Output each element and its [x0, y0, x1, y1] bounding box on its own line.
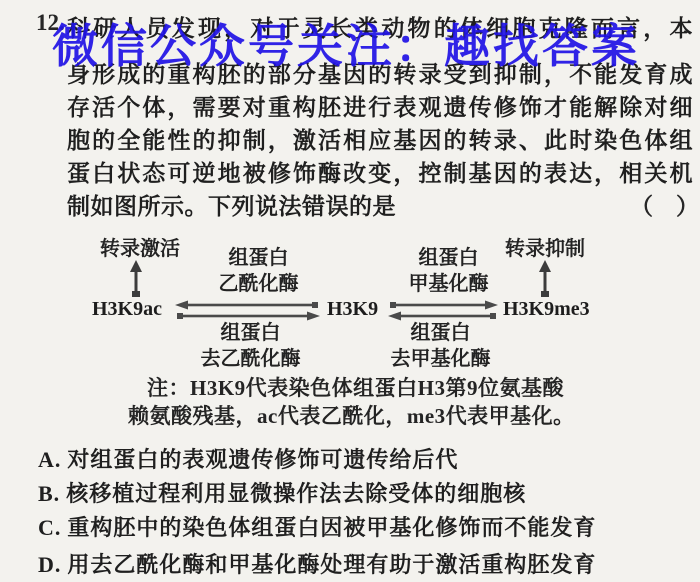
- option-c-label: C.: [38, 515, 61, 540]
- methylation-double-arrow-icon: [388, 300, 498, 322]
- acetylase-label-line1: 组蛋白: [196, 245, 321, 271]
- option-d-text: 用去乙酰化酶和甲基化酶处理有助于激活重构胚发育: [67, 552, 596, 577]
- demethylase-label-line1: 组蛋白: [378, 320, 503, 346]
- stem-line-3: 存活个体，需要对重构胚进行表观遗传修饰才能解除对细: [67, 89, 693, 122]
- deacetylase-label-line2: 去乙酰化酶: [188, 346, 313, 372]
- option-d: D.用去乙酰化酶和甲基化酶处理有助于激活重构胚发育: [38, 548, 596, 579]
- demethylase-label-line2: 去甲基化酶: [378, 346, 503, 372]
- transcription-repression-label: 转录抑制: [505, 236, 585, 262]
- option-c-text: 重构胚中的染色体组蛋白因被甲基化修饰而不能发育: [67, 515, 596, 540]
- node-h3k9ac: H3K9ac: [92, 298, 162, 321]
- methylase-label-line1: 组蛋白: [386, 245, 511, 271]
- option-b: B.核移植过程利用显微操作法去除受体的细胞核: [38, 477, 526, 508]
- stem-emphasis-wrong: 错误: [302, 194, 349, 219]
- figure-note-line-2: 赖氨酸残基，ac代表乙酰化，me3代表甲基化。: [128, 400, 575, 430]
- option-a-label: A.: [38, 447, 61, 472]
- deacetylase-label: 组蛋白 去乙酰化酶: [188, 320, 313, 372]
- option-d-label: D.: [38, 552, 61, 577]
- option-b-text: 核移植过程利用显微操作法去除受体的细胞核: [66, 481, 526, 506]
- option-b-label: B.: [38, 481, 60, 506]
- stem-line-5: 蛋白状态可逆地被修饰酶改变，控制基因的表达，相关机: [67, 155, 693, 188]
- option-a: A.对组蛋白的表观遗传修饰可遗传给后代: [38, 443, 458, 474]
- figure-note-line-1: 注：H3K9代表染色体组蛋白H3第9位氨基酸: [147, 372, 564, 402]
- deacetylase-label-line1: 组蛋白: [188, 320, 313, 346]
- up-arrow-activation-icon: [128, 260, 144, 298]
- stem-line-4: 胞的全能性的抑制，激活相应基因的转录、此时染色体组: [67, 122, 693, 155]
- methylase-label: 组蛋白 甲基化酶: [386, 245, 511, 297]
- acetylation-double-arrow-icon: [175, 300, 320, 322]
- stem-line-6: 制如图所示。下列说法错误的是: [67, 188, 693, 221]
- option-a-text: 对组蛋白的表观遗传修饰可遗传给后代: [67, 447, 458, 472]
- stem-line-6-pre: 制如图所示。下列说法: [67, 194, 302, 219]
- transcription-activation-label: 转录激活: [100, 236, 180, 262]
- answer-brackets: （ ）: [630, 188, 699, 221]
- methylase-label-line2: 甲基化酶: [386, 271, 511, 297]
- acetylase-label-line2: 乙酰化酶: [196, 271, 321, 297]
- node-h3k9: H3K9: [327, 298, 378, 321]
- watermark-text: 微信公众号关注：趣找答案: [52, 10, 640, 76]
- up-arrow-repression-icon: [537, 260, 553, 298]
- demethylase-label: 组蛋白 去甲基化酶: [378, 320, 503, 372]
- stem-line-6-post: 的是: [349, 194, 396, 219]
- node-h3k9me3: H3K9me3: [503, 298, 590, 321]
- acetylase-label: 组蛋白 乙酰化酶: [196, 245, 321, 297]
- option-c: C.重构胚中的染色体组蛋白因被甲基化修饰而不能发育: [38, 511, 596, 542]
